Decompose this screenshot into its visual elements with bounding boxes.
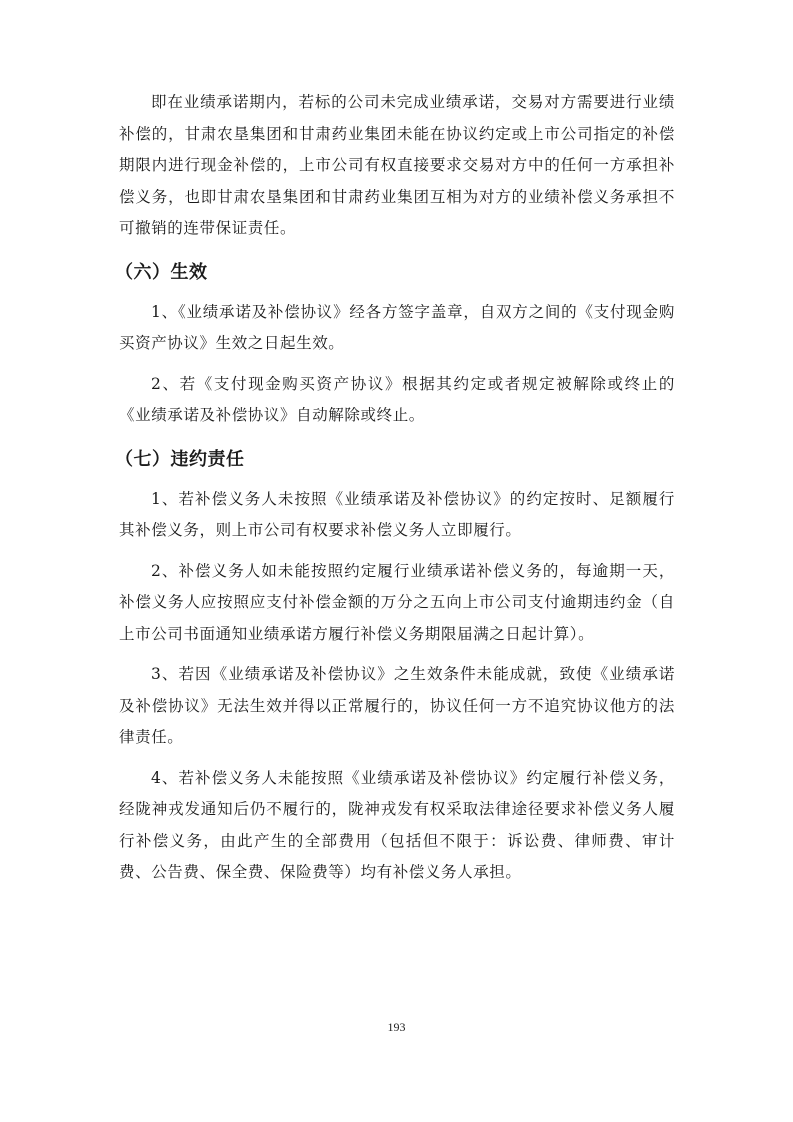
section-effectiveness: （六）生效 1、《业绩承诺及补偿协议》经各方签字盖章，自双方之间的《支付现金购买… <box>119 259 675 432</box>
section-heading-breach-liability: （七）违约责任 <box>115 446 675 474</box>
document-page: 即在业绩承诺期内，若标的公司未完成业绩承诺，交易对方需要进行业绩补偿的，甘肃农垦… <box>119 87 675 898</box>
page-number: 193 <box>0 1020 793 1035</box>
breach-clause-2: 2、补偿义务人如未能按照约定履行业绩承诺补偿义务的，每逾期一天，补偿义务人应按照… <box>119 556 675 651</box>
effectiveness-clause-2: 2、若《支付现金购买资产协议》根据其约定或者规定被解除或终止的《业绩承诺及补偿协… <box>119 369 675 432</box>
section-heading-effectiveness: （六）生效 <box>115 259 675 287</box>
breach-clause-1: 1、若补偿义务人未按照《业绩承诺及补偿协议》的约定按时、足额履行其补偿义务，则上… <box>119 484 675 547</box>
section-breach-liability: （七）违约责任 1、若补偿义务人未按照《业绩承诺及补偿协议》的约定按时、足额履行… <box>119 446 675 889</box>
breach-clause-4: 4、若补偿义务人未能按照《业绩承诺及补偿协议》约定履行补偿义务，经陇神戎发通知后… <box>119 763 675 889</box>
effectiveness-clause-1: 1、《业绩承诺及补偿协议》经各方签字盖章，自双方之间的《支付现金购买资产协议》生… <box>119 297 675 360</box>
breach-clause-3: 3、若因《业绩承诺及补偿协议》之生效条件未能成就，致使《业绩承诺及补偿协议》无法… <box>119 659 675 754</box>
intro-paragraph: 即在业绩承诺期内，若标的公司未完成业绩承诺，交易对方需要进行业绩补偿的，甘肃农垦… <box>119 87 675 245</box>
